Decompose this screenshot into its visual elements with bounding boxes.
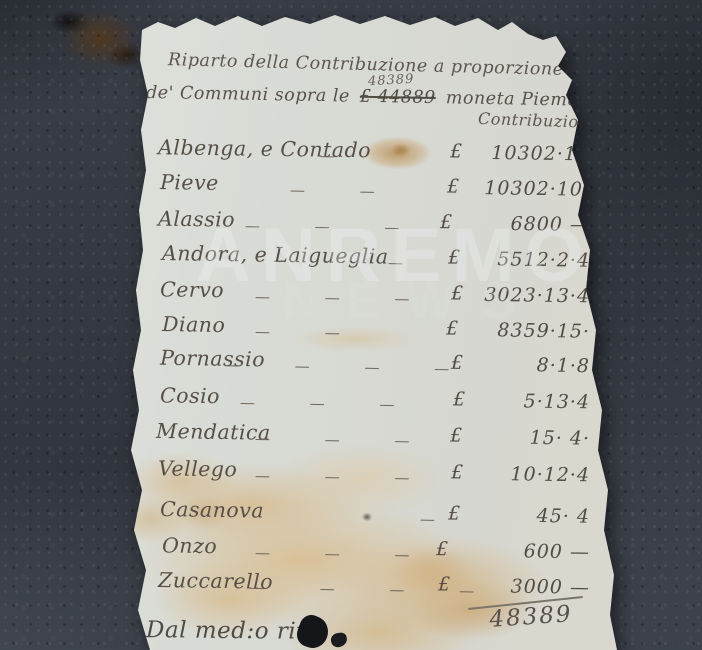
amount-value: 10·12·4 xyxy=(458,462,590,486)
contribution-list: Albenga, e Contado — £ 10302·10 Pieve — … xyxy=(0,0,702,650)
amount-value: 5·13·4 xyxy=(458,389,590,413)
lira-symbol: £ xyxy=(448,247,461,269)
paper-hole-small xyxy=(330,631,349,648)
paper-stains xyxy=(0,0,702,650)
lira-symbol: £ xyxy=(448,503,461,525)
photo: Riparto della Contribuzione a proporzion… xyxy=(0,0,702,650)
amount-value: 3023·13·4 xyxy=(458,283,590,307)
paper-sheet: Riparto della Contribuzione a proporzion… xyxy=(0,0,702,650)
lira-symbol: £ xyxy=(447,176,460,198)
amount-value: 15· 4· xyxy=(458,426,590,450)
town-name: Vellego xyxy=(158,456,238,481)
leader-dashes: — xyxy=(388,254,405,272)
town-name: Cervo xyxy=(160,277,224,302)
manuscript-content: Riparto della Contribuzione a proporzion… xyxy=(0,0,702,650)
list-row: Andora, e Laigueglia — £ 5512·2·4 xyxy=(0,238,702,279)
amount-value: 45· 4 xyxy=(458,504,590,528)
amount-value: 6800 — xyxy=(458,212,590,236)
leader-dashes: — — — — xyxy=(250,578,477,600)
town-name: Zuccarello xyxy=(158,568,273,594)
title-line-2-suffix: moneta Piemonte xyxy=(446,88,609,111)
amount-value: 3000 — xyxy=(458,575,590,599)
title-line-1: Riparto della Contribuzione a proporzion… xyxy=(168,50,564,80)
amount-value: 8359·15· xyxy=(458,319,590,343)
list-row: Diano — — £ 8359·15· xyxy=(0,309,702,350)
amount-value: 10302·10· xyxy=(458,177,590,201)
lira-symbol: £ xyxy=(436,538,449,560)
leader-dashes: — — — xyxy=(240,393,397,413)
leader-dashes: — — xyxy=(290,181,377,200)
list-row: Albenga, e Contado — £ 10302·10 xyxy=(0,133,702,173)
correction-number: 48389 xyxy=(368,72,415,89)
list-row: Cosio — — — £ 5·13·4 xyxy=(0,381,702,421)
total-rule xyxy=(468,596,583,610)
town-name: Andora, e Laigueglia xyxy=(162,241,389,269)
amount-value: 8·1·8 xyxy=(458,353,590,377)
leader-dashes: — — — xyxy=(255,467,412,487)
town-name: Diano xyxy=(162,312,226,337)
title-line-2-prefix: de' Communi sopra le xyxy=(146,83,350,107)
paper-hole xyxy=(293,612,332,650)
lira-symbol: £ xyxy=(440,211,453,233)
amount-value: 10302·10 xyxy=(458,141,590,165)
list-row: Pornassio — — — — £ 8·1·8 xyxy=(0,343,702,385)
town-name: Pieve xyxy=(160,170,219,195)
leader-dashes: — — — xyxy=(245,217,402,237)
lira-symbol: £ xyxy=(450,140,463,162)
leader-dashes: — xyxy=(420,510,437,528)
leader-dashes: — — — xyxy=(255,288,412,308)
lira-symbol: £ xyxy=(450,425,463,447)
leader-dashes: — xyxy=(320,147,337,165)
total-amount: 48389 xyxy=(471,600,591,634)
town-name: Pornassio xyxy=(160,346,265,372)
town-name: Albenga, e Contado xyxy=(158,135,371,162)
lira-symbol: £ xyxy=(453,388,466,410)
leader-dashes: — — xyxy=(255,322,342,341)
struck-amount: £ 44889 xyxy=(360,87,436,108)
amount-value: 5512·2·4 xyxy=(458,248,590,272)
list-row: Mendatica — — — £ 15· 4· xyxy=(0,416,702,457)
lira-symbol: £ xyxy=(446,317,459,339)
lira-symbol: £ xyxy=(451,461,464,483)
amount-value: 600 — xyxy=(458,539,590,563)
list-row: Pieve — — £ 10302·10· xyxy=(0,167,702,208)
manuscript-paper: Riparto della Contribuzione a proporzion… xyxy=(0,0,702,650)
list-row: Zuccarello — — — — £ 3000 — xyxy=(0,565,702,606)
leader-dashes: — — — xyxy=(255,429,412,449)
column-header: Contribuzione xyxy=(478,109,600,132)
list-row: Cervo — — — £ 3023·13·4 xyxy=(0,275,702,315)
lira-symbol: £ xyxy=(438,573,451,595)
footer-partial-line: Dal med:o riva xyxy=(146,617,324,645)
leader-dashes: — — — xyxy=(255,544,412,564)
list-row: Onzo — — — £ 600 — xyxy=(0,531,702,571)
town-name: Onzo xyxy=(162,533,217,558)
leader-dashes: — — — — xyxy=(225,356,452,378)
list-row: Alassio — — — £ 6800 — xyxy=(0,205,702,244)
town-name: Alassio xyxy=(158,207,235,232)
lira-symbol: £ xyxy=(451,352,464,374)
town-name: Cosio xyxy=(160,383,220,408)
title-line-2: de' Communi sopra le £ 44889 moneta Piem… xyxy=(146,83,609,111)
town-name: Mendatica xyxy=(156,419,271,445)
town-name: Casanova xyxy=(160,497,264,523)
lira-symbol: £ xyxy=(451,282,464,304)
list-row: Casanova — £ 45· 4 xyxy=(0,494,702,535)
list-row: Vellego — — — £ 10·12·4 xyxy=(0,454,702,494)
